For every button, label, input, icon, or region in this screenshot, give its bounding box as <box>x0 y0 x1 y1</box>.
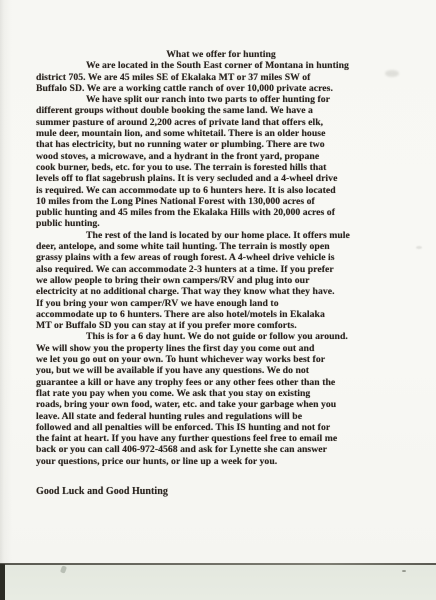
document-line: back or you can call 406-972-4568 and as… <box>36 444 406 455</box>
document-line: flat rate you pay when you come. We ask … <box>36 388 406 399</box>
document-line: We are located in the South East corner … <box>36 60 406 71</box>
document-line: public hunting and 45 miles from the Eka… <box>36 207 406 218</box>
document-paragraph: This is for a 6 day hunt. We do not guid… <box>36 331 406 467</box>
document-line: we allow people to bring their own campe… <box>36 275 406 286</box>
document-body: We are located in the South East corner … <box>36 60 406 467</box>
document-line: We will show you the property lines the … <box>36 343 406 354</box>
document-line: district 705. We are 45 miles SE of Ekal… <box>36 72 406 83</box>
document-line: you, but we will be available if you hav… <box>36 365 406 376</box>
document-line: If you bring your won camper/RV we have … <box>36 298 406 309</box>
document-line: leave. All state and federal hunting rul… <box>36 411 406 422</box>
document-line: mule deer, mountain lion, and some white… <box>36 128 406 139</box>
document-line: cook burner, beds, etc. for you to use. … <box>36 162 406 173</box>
document-line: summer pasture of around 2,200 acres of … <box>36 117 406 128</box>
document-page: What we offer for hunting We are located… <box>0 0 436 564</box>
document-line: deer, antelope, and some white tail hunt… <box>36 241 406 252</box>
document-paragraph: We have split our ranch into two parts t… <box>36 94 406 230</box>
scan-smudge <box>402 570 406 572</box>
document-line: followed and all penalties will be enfor… <box>36 422 406 433</box>
document-line: public hunting. <box>36 218 406 229</box>
scanned-document: What we offer for hunting We are located… <box>0 0 436 600</box>
document-line: guarantee a kill or have any trophy fees… <box>36 377 406 388</box>
document-line: roads, bring your own food, water, etc. … <box>36 399 406 410</box>
document-line: grassy plains with a few areas of rough … <box>36 252 406 263</box>
document-line: we let you go out on your own. To hunt w… <box>36 354 406 365</box>
document-line: different groups without double booking … <box>36 105 406 116</box>
scan-artifact-corner-bar <box>0 564 5 600</box>
scan-smudge <box>416 246 422 249</box>
document-text-block: What we offer for hunting We are located… <box>36 49 406 497</box>
document-line: that has electricity, but no running wat… <box>36 139 406 150</box>
document-paragraph: We are located in the South East corner … <box>36 60 406 94</box>
document-line: is required. We can accommodate up to 6 … <box>36 185 406 196</box>
document-line: accommodate up to 6 hunters. There are a… <box>36 309 406 320</box>
document-line: wood stoves, a microwave, and a hydrant … <box>36 151 406 162</box>
document-line: 10 miles from the Long Pines National Fo… <box>36 196 406 207</box>
document-line: electricity at no additional charge. Tha… <box>36 286 406 297</box>
document-line: also required. We can accommodate 2-3 hu… <box>36 264 406 275</box>
document-line: levels off to flat sagebrush plains. It … <box>36 173 406 184</box>
document-line: Buffalo SD. We are a working cattle ranc… <box>36 83 406 94</box>
document-closing: Good Luck and Good Hunting <box>36 486 406 497</box>
document-line: The rest of the land is located by our h… <box>36 230 406 241</box>
document-line: MT or Buffalo SD you can stay at if you … <box>36 320 406 331</box>
document-line: the faint at heart. If you have any furt… <box>36 433 406 444</box>
scan-smudge <box>385 70 399 77</box>
document-line: This is for a 6 day hunt. We do not guid… <box>36 331 406 342</box>
scan-smudge <box>150 26 160 31</box>
document-line: your questions, price our hunts, or line… <box>36 456 406 467</box>
document-title: What we offer for hunting <box>36 49 406 60</box>
document-paragraph: The rest of the land is located by our h… <box>36 230 406 332</box>
document-line: We have split our ranch into two parts t… <box>36 94 406 105</box>
